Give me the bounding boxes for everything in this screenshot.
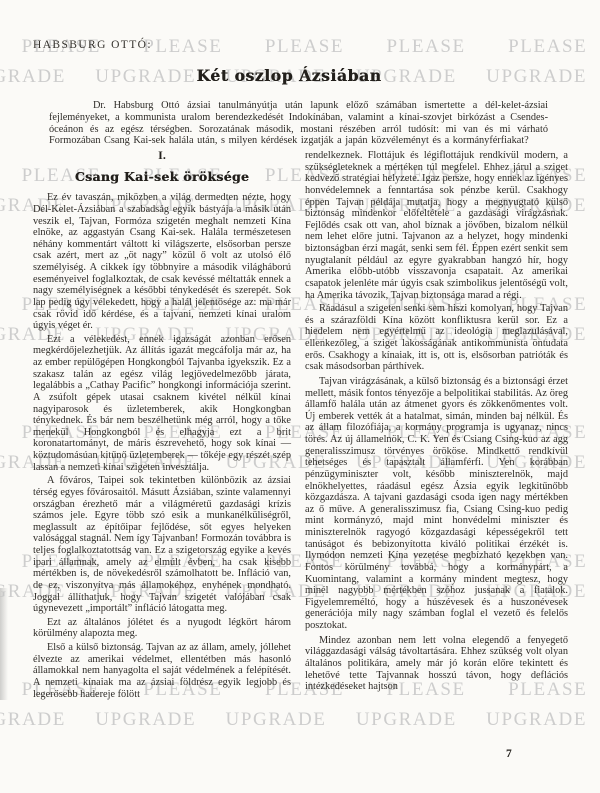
intro-paragraph: Dr. Habsburg Ottó ázsiai tanulmányútja u… <box>49 100 548 147</box>
right-column: rendelkeznek. Flottájuk és légiflottájuk… <box>305 150 568 695</box>
paragraph: Ráadásul a szigeten senki sem hiszi komo… <box>305 303 568 373</box>
paragraph: rendelkeznek. Flottájuk és légiflottájuk… <box>305 150 568 301</box>
paragraph: Első a külső biztonság. Tajvan az az áll… <box>33 642 291 700</box>
left-column: I. Csang Kai-sek öröksége Ez év tavaszán… <box>33 150 291 702</box>
paragraph: Ezt az általános jólétet és a nyugodt lé… <box>33 617 291 640</box>
paragraph: Ezt a vélekedést, ennek igazságát azonba… <box>33 334 291 474</box>
section-numeral: I. <box>33 150 291 162</box>
scanned-article-page: PLEASE PLEASE PLEASE PLEASE PLEASE PLEAS… <box>0 0 600 793</box>
paragraph: A főváros, Taipei sok tekintetben különb… <box>33 475 291 615</box>
section-heading: Csang Kai-sek öröksége <box>33 171 291 183</box>
article-content: HABSBURG OTTÓ: Két oszlop Ázsiában Dr. H… <box>0 0 600 793</box>
page-number: 7 <box>506 748 512 760</box>
article-title: Két oszlop Ázsiában <box>33 66 545 85</box>
author-kicker: HABSBURG OTTÓ: <box>33 39 152 51</box>
paragraph: Mindez azonban nem lett volna elegendő a… <box>305 635 568 693</box>
paragraph: Ez év tavaszán, miközben a világ dermedt… <box>33 192 291 332</box>
paragraph: Tajvan virágzásának, a külső biztonság é… <box>305 376 568 632</box>
